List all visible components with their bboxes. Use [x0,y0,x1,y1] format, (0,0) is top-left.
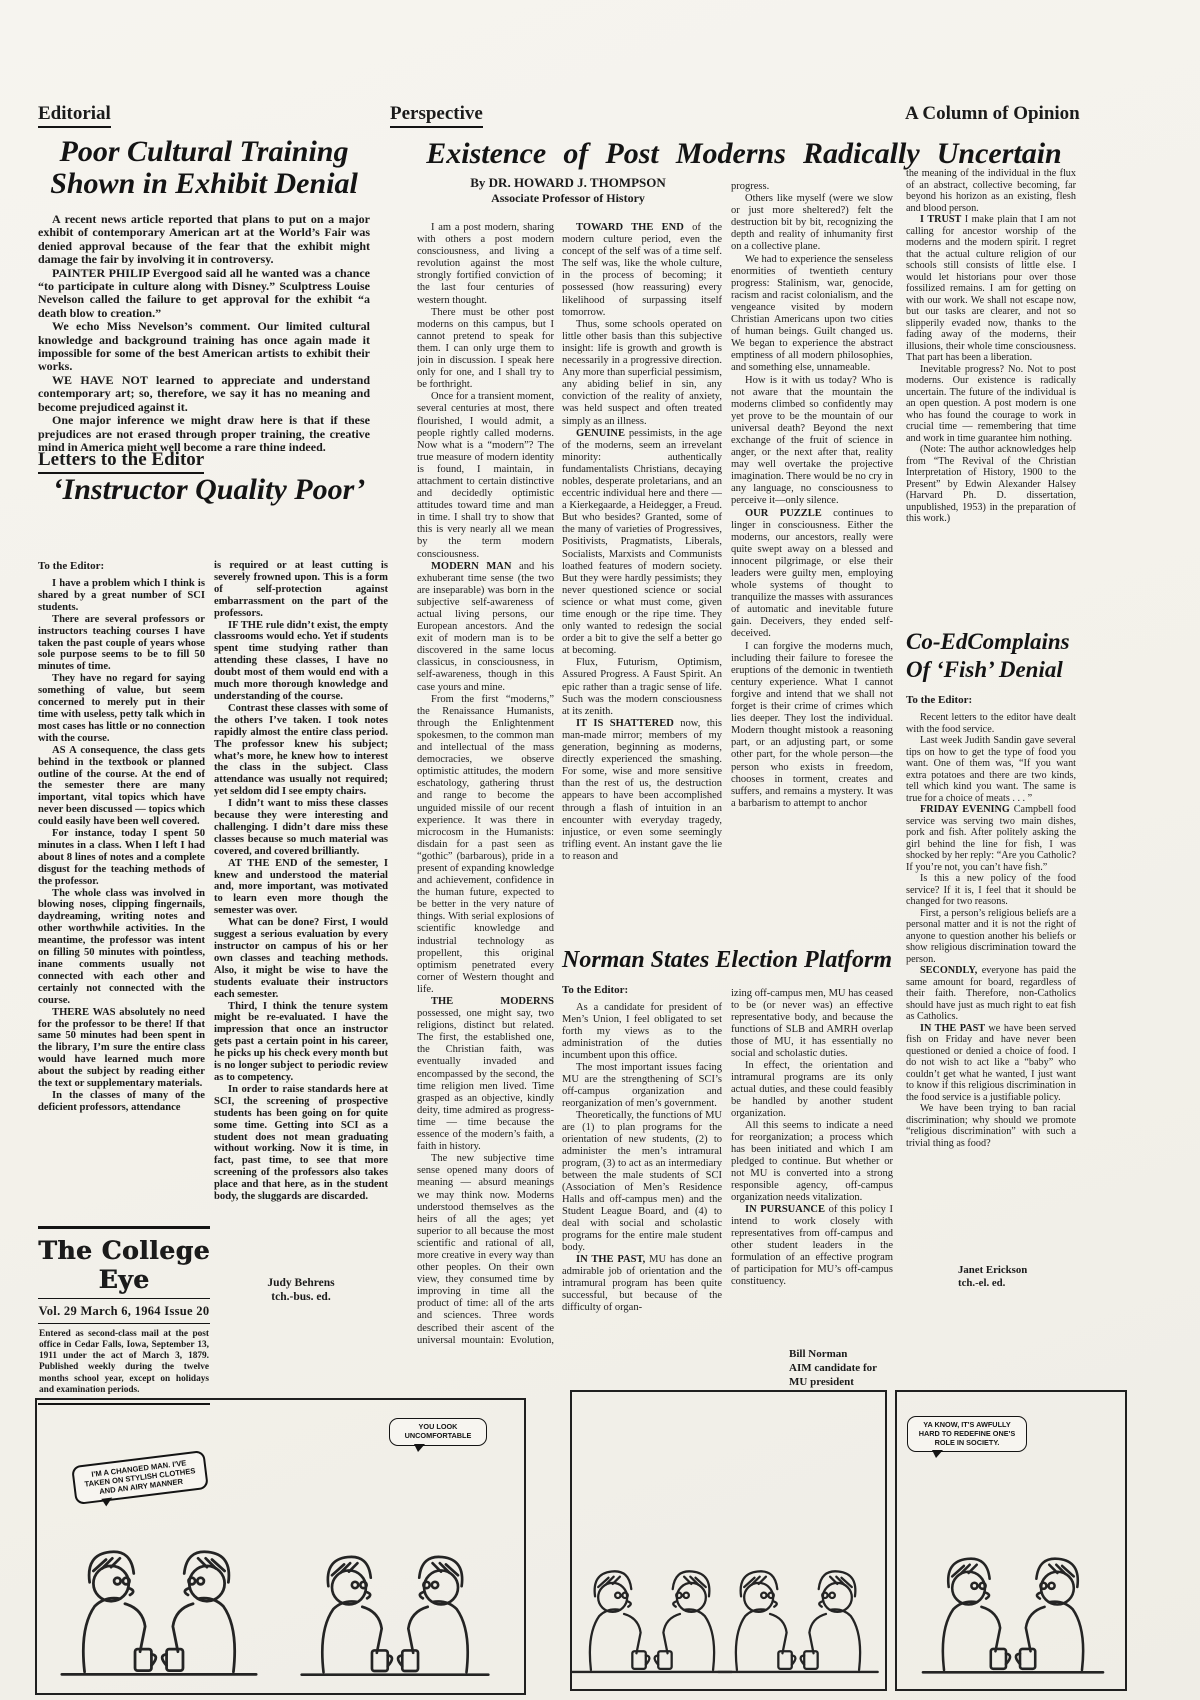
paragraph: In order to raise standards here at SCI,… [214,1084,388,1203]
perspective-byline: By DR. HOWARD J. THOMPSON Associate Prof… [408,175,728,206]
masthead-volume-line: Vol. 29 March 6, 1964 Issue 20 [38,1299,210,1323]
editorial-headline: Poor Cultural Training Shown in Exhibit … [38,136,370,201]
paragraph: izing off-campus men, MU has ceased to b… [731,988,893,1060]
paragraph: AT THE END of the semester, I knew and u… [214,858,388,918]
paragraph: Inevitable progress? No. Not to post mod… [906,364,1076,445]
paragraph: A recent news article reported that plan… [38,213,370,267]
comic-figures [51,1523,267,1687]
paragraph: SECONDLY, everyone has paid the same amo… [906,965,1076,1023]
paragraph: All this seems to indicate a need for re… [731,1120,893,1204]
paragraph: In the classes of many of the deficient … [38,1090,205,1114]
paragraph: We echo Miss Nevelson’s comment. Our lim… [38,320,370,374]
paragraph: IT IS SHATTERED now, this man-made mirro… [562,718,722,863]
norman-salutation: To the Editor: [562,984,628,996]
paragraph: First, a person’s religious beliefs are … [906,908,1076,966]
paragraph: I didn’t want to miss these classes beca… [214,798,388,858]
paragraph: IN PURSUANCE of this policy I intend to … [731,1204,893,1288]
section-label-opinion: A Column of Opinion [905,103,1080,125]
section-label-letters: Letters to the Editor [38,449,204,474]
paragraph: TOWARD THE END of the modern culture per… [562,222,722,319]
paragraph: Once for a transient moment, several cen… [417,391,554,560]
paragraph: One major inference we might draw here i… [38,414,370,451]
paragraph: There must be other post moderns on this… [417,307,554,392]
paragraph: IN THE PAST we have been served fish on … [906,1023,1076,1104]
paragraph: MODERN MAN and his exhuberant time sense… [417,561,554,694]
letter-salutation: To the Editor: [38,560,104,572]
paragraph: Thus, some schools operated on little ot… [562,319,722,428]
paragraph: IN THE PAST, MU has done an admirable jo… [562,1254,722,1314]
paragraph: Others like myself (were we slow or just… [731,193,893,253]
perspective-column-1: I am a post modern, sharing with others … [417,222,554,1346]
norman-signature: Bill Norman AIM candidate for MU preside… [731,1348,893,1389]
speech-bubble: YA KNOW, IT'S AWFULLY HARD TO REDEFINE O… [907,1416,1027,1452]
perspective-headline: Existence of Post Moderns Radically Unce… [398,138,1090,170]
paragraph: FRIDAY EVENING Campbell food service was… [906,804,1076,873]
coed-headline: Co-EdComplains Of ‘Fish’ Denial [906,628,1080,683]
paragraph: Third, I think the tenure system might b… [214,1001,388,1084]
paragraph: is required or at least cutting is sever… [214,560,388,620]
newspaper-page: Editorial Perspective A Column of Opinio… [0,0,1200,1700]
norman-headline: Norman States Election Platform [558,948,896,974]
byline-author: By DR. HOWARD J. THOMPSON [408,175,728,191]
letter-signature: Judy Behrens tch.-bus. ed. [214,1276,388,1305]
paragraph: The new subjective time sense opened man… [417,1153,554,1346]
paragraph: We had to experience the senseless enorm… [731,254,893,375]
paragraph: Recent letters to the editor have dealt … [906,712,1076,735]
paragraph: From the first “moderns,” the Renaissanc… [417,694,554,996]
editorial-body: A recent news article reported that plan… [38,213,370,451]
paragraph: progress. [731,181,893,193]
paragraph: Is this a new policy of the food service… [906,873,1076,908]
paragraph: PAINTER PHILIP Evergood said all he want… [38,267,370,321]
paragraph: They have no regard for saying something… [38,673,205,744]
paragraph: I TRUST I make plain that I am not calli… [906,214,1076,364]
masthead: The College Eye Vol. 29 March 6, 1964 Is… [38,1226,210,1405]
paragraph: OUR PUZZLE continues to linger in consci… [731,508,893,641]
byline-title: Associate Professor of History [408,191,728,206]
paragraph: WE HAVE NOT learned to appreciate and un… [38,374,370,414]
paragraph: (Note: The author acknowledges help from… [906,444,1076,525]
speech-bubble: I'M A CHANGED MAN. I'VE TAKEN ON STYLISH… [71,1450,209,1505]
letter-headline-instructor: ‘Instructor Quality Poor’ [28,474,390,506]
coed-body: Recent letters to the editor have dealt … [906,712,1076,1252]
opinion-column: the meaning of the individual in the flu… [906,168,1076,620]
paragraph: Contrast these classes with some of the … [214,703,388,798]
comic-panel-2 [570,1390,887,1691]
paragraph: IF THE rule didn’t exist, the empty clas… [214,620,388,703]
paragraph: For instance, today I spent 50 minutes i… [38,828,205,888]
section-label-perspective: Perspective [390,103,483,128]
section-label-editorial: Editorial [38,103,111,128]
norman-column-1: As a candidate for president of Men’s Un… [562,1002,722,1382]
paragraph: THE MODERNS possessed, one might say, tw… [417,996,554,1153]
comic-panel-3: YA KNOW, IT'S AWFULLY HARD TO REDEFINE O… [895,1390,1127,1691]
paragraph: Flux, Futurism, Optimism, Assured Progre… [562,657,722,717]
paragraph: THERE WAS absolutely no need for the pro… [38,1007,205,1090]
masthead-fine-print: Entered as second-class mail at the post… [38,1324,210,1403]
paragraph: Theoretically, the functions of MU are (… [562,1110,722,1254]
paragraph: In effect, the orientation and intramura… [731,1060,893,1120]
paragraph: As a candidate for president of Men’s Un… [562,1002,722,1062]
speech-bubble: YOU LOOK UNCOMFORTABLE [389,1418,487,1446]
masthead-title: The College Eye [38,1229,210,1298]
norman-column-2: izing off-campus men, MU has ceased to b… [731,988,893,1344]
paragraph: The most important issues facing MU are … [562,1062,722,1110]
paragraph: How is it with us today? Who is not awar… [731,375,893,508]
letter-column-2: is required or at least cutting is sever… [214,560,388,1320]
comic-figures [913,1532,1113,1684]
perspective-column-3: progress.Others like myself (were we slo… [731,181,893,943]
paragraph: We have been trying to ban racial discri… [906,1103,1076,1149]
paragraph: What can be done? First, I would suggest… [214,917,388,1000]
paragraph: GENUINE pessimists, in the age of the mo… [562,428,722,658]
paragraph: I have a problem which I think is shared… [38,578,205,614]
perspective-column-2: TOWARD THE END of the modern culture per… [562,222,722,944]
paragraph: AS A consequence, the class gets behind … [38,745,205,828]
paragraph: the meaning of the individual in the flu… [906,168,1076,214]
letter-column-1: I have a problem which I think is shared… [38,578,205,1226]
coed-signature: Janet Erickson tch.-el. ed. [906,1264,1076,1291]
comic-panel-1: I'M A CHANGED MAN. I'VE TAKEN ON STYLISH… [35,1398,526,1695]
comic-figures [292,1529,498,1687]
coed-salutation: To the Editor: [906,694,972,706]
comic-figures [710,1546,886,1684]
paragraph: I am a post modern, sharing with others … [417,222,554,307]
paragraph: I can forgive the moderns much, includin… [731,641,893,810]
paragraph: The whole class was involved in blowing … [38,888,205,1007]
paragraph: There are several professors or instruct… [38,614,205,674]
paragraph: Last week Judith Sandin gave several tip… [906,735,1076,804]
